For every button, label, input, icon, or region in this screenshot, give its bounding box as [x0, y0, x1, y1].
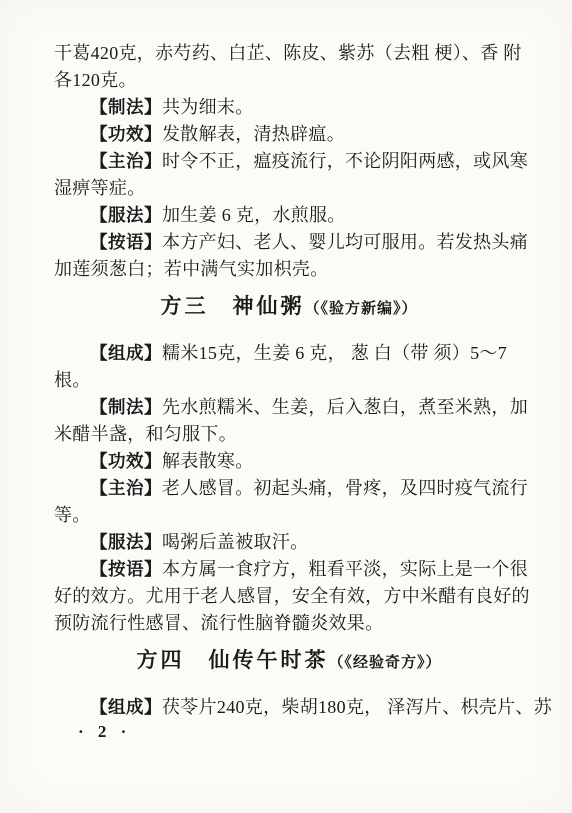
- recipe-title: 方三 神仙粥: [160, 294, 304, 318]
- line-text: 共为细末。: [162, 97, 254, 117]
- line-text: 湿痹等症。: [54, 178, 146, 198]
- text-line: 湿痹等症。: [54, 175, 524, 202]
- entry-line: 【组成】糯米15克，生姜 6 克， 葱 白（带 须）5～7: [54, 340, 524, 367]
- entry-line: 【功效】解表散寒。: [54, 448, 524, 475]
- entry-line: 【主治】时令不正，瘟疫流行，不论阴阳两感，或风寒: [54, 148, 524, 175]
- entry-line: 【功效】发散解表，清热辟瘟。: [54, 121, 524, 148]
- line-text: 加生姜 6 克，水煎服。: [162, 205, 346, 225]
- recipe-source: （《验方新编》）: [304, 301, 417, 317]
- entry-label: 【制法】: [90, 97, 162, 117]
- entry-label: 【功效】: [90, 124, 162, 144]
- recipe-heading: 方四 仙传午时茶（《经验奇方》）: [54, 644, 524, 679]
- entry-line: 【组成】茯苓片240克，柴胡180克， 泽泻片、枳壳片、苏: [54, 694, 524, 721]
- entry-label: 【按语】: [90, 232, 162, 252]
- text-line: 各120克。: [54, 67, 524, 94]
- line-text: 解表散寒。: [162, 451, 254, 471]
- text-line: 预防流行性感冒、流行性脑脊髓炎效果。: [54, 610, 524, 637]
- line-text: 本方产妇、老人、婴儿均可服用。若发热头痛: [162, 232, 528, 252]
- text-line: 加莲须葱白；若中满气实加枳壳。: [54, 256, 524, 283]
- entry-line: 【主治】老人感冒。初起头痛，骨疼，及四时疫气流行: [54, 475, 524, 502]
- recipe-heading: 方三 神仙粥（《验方新编》）: [54, 290, 524, 325]
- line-text: 加莲须葱白；若中满气实加枳壳。: [54, 259, 329, 279]
- line-text: 本方属一食疗方，粗看平淡，实际上是一个很: [162, 559, 528, 579]
- entry-line: 【制法】先水煎糯米、生姜，后入葱白，煮至米熟，加: [54, 394, 524, 421]
- line-text: 老人感冒。初起头痛，骨疼，及四时疫气流行: [162, 478, 528, 498]
- entry-label: 【主治】: [90, 478, 162, 498]
- entry-label: 【主治】: [90, 151, 162, 171]
- line-text: 时令不正，瘟疫流行，不论阴阳两感，或风寒: [162, 151, 528, 171]
- entry-line: 【服法】喝粥后盖被取汗。: [54, 529, 524, 556]
- line-text: 根。: [54, 370, 91, 390]
- entry-label: 【服法】: [90, 532, 162, 552]
- line-text: 预防流行性感冒、流行性脑脊髓炎效果。: [54, 613, 383, 633]
- entry-label: 【服法】: [90, 205, 162, 225]
- recipe-title: 方四 仙传午时茶: [136, 648, 328, 672]
- book-page: 干葛420克，赤芍药、白芷、陈皮、紫苏（去粗 梗）、香 附各120克。【制法】共…: [0, 0, 572, 813]
- text-line: 干葛420克，赤芍药、白芷、陈皮、紫苏（去粗 梗）、香 附: [54, 40, 524, 67]
- entry-label: 【组成】: [90, 697, 162, 717]
- line-text: 各120克。: [54, 70, 137, 90]
- entry-label: 【制法】: [90, 397, 162, 417]
- line-text: 先水煎糯米、生姜，后入葱白，煮至米熟，加: [162, 397, 528, 417]
- entry-label: 【按语】: [90, 559, 162, 579]
- entry-line: 【服法】加生姜 6 克，水煎服。: [54, 202, 524, 229]
- line-text: 米醋半盏，和匀服下。: [54, 424, 237, 444]
- line-text: 喝粥后盖被取汗。: [162, 532, 308, 552]
- text-line: 根。: [54, 367, 524, 394]
- entry-line: 【按语】本方产妇、老人、婴儿均可服用。若发热头痛: [54, 229, 524, 256]
- line-text: 干葛420克，赤芍药、白芷、陈皮、紫苏（去粗 梗）、香 附: [54, 43, 522, 63]
- text-line: 等。: [54, 502, 524, 529]
- entry-line: 【按语】本方属一食疗方，粗看平淡，实际上是一个很: [54, 556, 524, 583]
- recipe-source: （《经验奇方》）: [328, 655, 441, 671]
- line-text: 好的效方。尤用于老人感冒，安全有效，方中米醋有良好的: [54, 586, 530, 606]
- line-text: 发散解表，清热辟瘟。: [162, 124, 345, 144]
- line-text: 糯米15克，生姜 6 克， 葱 白（带 须）5～7: [162, 343, 507, 363]
- text-line: 好的效方。尤用于老人感冒，安全有效，方中米醋有良好的: [54, 583, 524, 610]
- line-text: 茯苓片240克，柴胡180克， 泽泻片、枳壳片、苏: [162, 697, 552, 717]
- line-text: 等。: [54, 505, 91, 525]
- page-text-flow: 干葛420克，赤芍药、白芷、陈皮、紫苏（去粗 梗）、香 附各120克。【制法】共…: [54, 40, 524, 721]
- text-line: 米醋半盏，和匀服下。: [54, 421, 524, 448]
- page-number: · 2 ·: [78, 722, 131, 742]
- entry-label: 【组成】: [90, 343, 162, 363]
- entry-line: 【制法】共为细末。: [54, 94, 524, 121]
- entry-label: 【功效】: [90, 451, 162, 471]
